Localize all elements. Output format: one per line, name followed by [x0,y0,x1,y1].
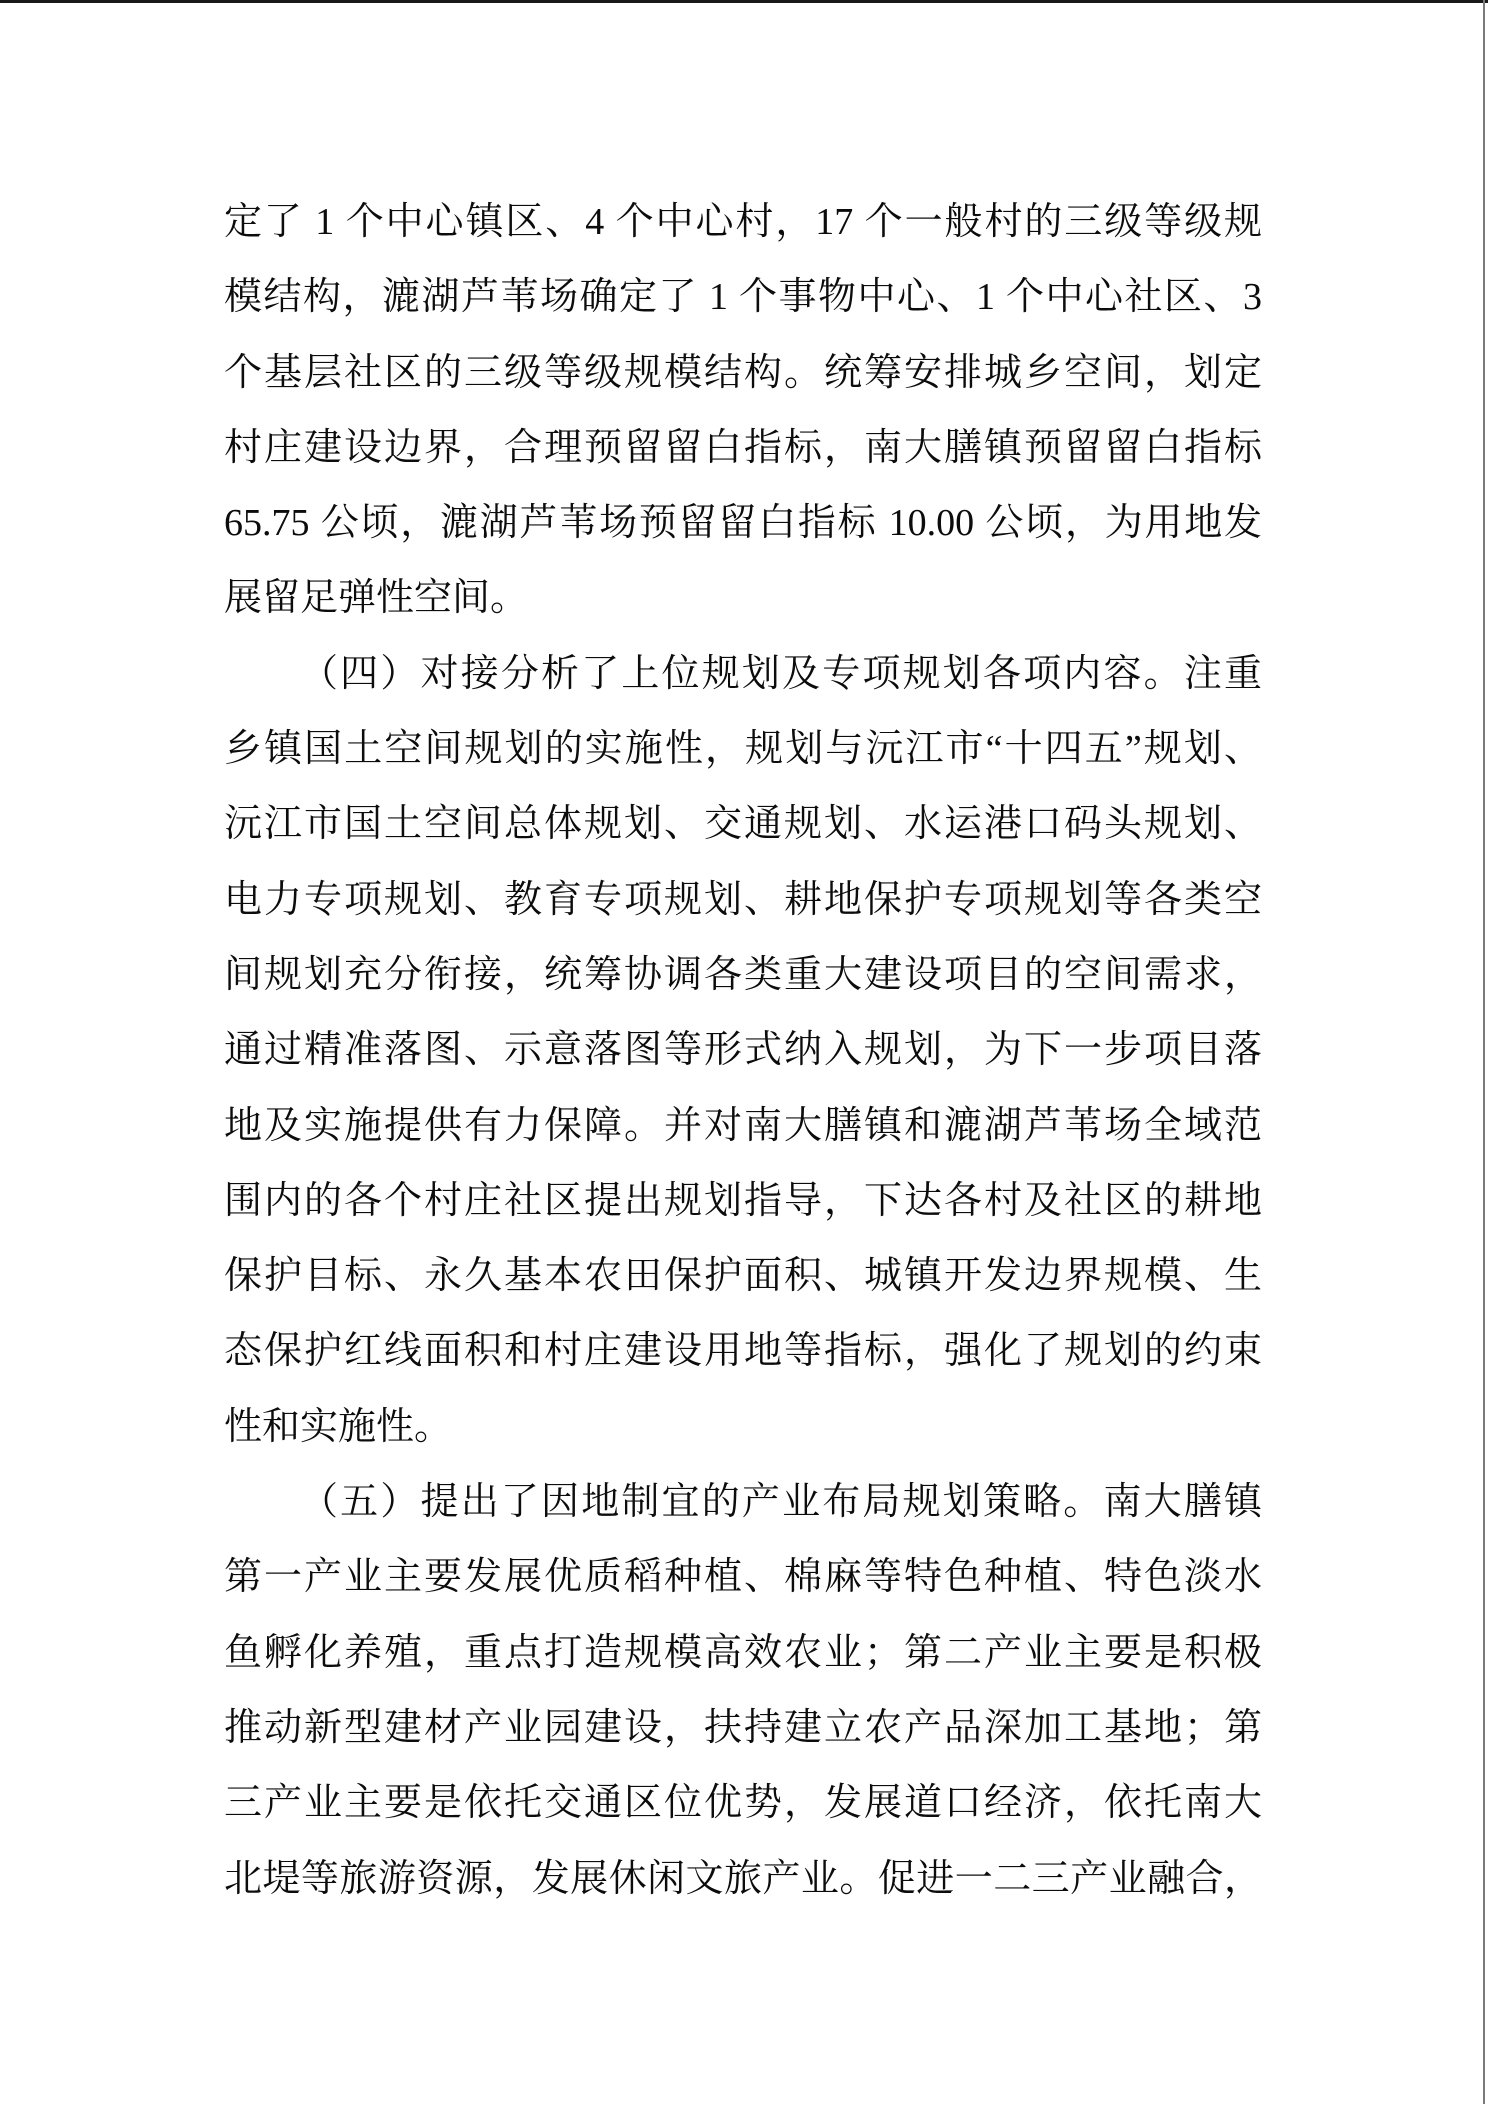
text-line: 三产业主要是依托交通区位优势，发展道口经济，依托南大 [224,1766,1262,1841]
text-line: 定了 1 个中心镇区、4 个中心村，17 个一般村的三级等级规 [224,185,1262,260]
text-line: （四）对接分析了上位规划及专项规划各项内容。注重 [224,637,1262,712]
text-line: 北堤等旅游资源，发展休闲文旅产业。促进一二三产业融合， [224,1842,1262,1917]
text-line: 围内的各个村庄社区提出规划指导，下达各村及社区的耕地 [224,1164,1262,1239]
text-line: 展留足弹性空间。 [224,561,1262,636]
text-line: 推动新型建材产业园建设，扶持建立农产品深加工基地；第 [224,1691,1262,1766]
text-line: 个基层社区的三级等级规模结构。统筹安排城乡空间，划定 [224,336,1262,411]
text-line: 态保护红线面积和村庄建设用地等指标，强化了规划的约束 [224,1314,1262,1389]
text-line: 性和实施性。 [224,1390,1262,1465]
text-line: 通过精准落图、示意落图等形式纳入规划，为下一步项目落 [224,1013,1262,1088]
text-line: 沅江市国土空间总体规划、交通规划、水运港口码头规划、 [224,787,1262,862]
text-line: 乡镇国土空间规划的实施性，规划与沅江市“十四五”规划、 [224,712,1262,787]
text-line: 间规划充分衔接，统筹协调各类重大建设项目的空间需求， [224,938,1262,1013]
text-line: 电力专项规划、教育专项规划、耕地保护专项规划等各类空 [224,863,1262,938]
text-line: 鱼孵化养殖，重点打造规模高效农业；第二产业主要是积极 [224,1616,1262,1691]
text-line: 地及实施提供有力保障。并对南大膳镇和漉湖芦苇场全域范 [224,1089,1262,1164]
text-line: 村庄建设边界，合理预留留白指标，南大膳镇预留留白指标 [224,411,1262,486]
document-page: 定了 1 个中心镇区、4 个中心村，17 个一般村的三级等级规 模结构，漉湖芦苇… [0,0,1488,2104]
page-top-border [0,0,1488,3]
text-line: 65.75 公顷，漉湖芦苇场预留留白指标 10.00 公顷，为用地发 [224,486,1262,561]
text-line: 模结构，漉湖芦苇场确定了 1 个事物中心、1 个中心社区、3 [224,260,1262,335]
text-line: 第一产业主要发展优质稻种植、棉麻等特色种植、特色淡水 [224,1540,1262,1615]
page-right-border [1483,0,1485,2104]
text-line: 保护目标、永久基本农田保护面积、城镇开发边界规模、生 [224,1239,1262,1314]
text-block: 定了 1 个中心镇区、4 个中心村，17 个一般村的三级等级规 模结构，漉湖芦苇… [224,185,1262,1917]
text-line: （五）提出了因地制宜的产业布局规划策略。南大膳镇 [224,1465,1262,1540]
